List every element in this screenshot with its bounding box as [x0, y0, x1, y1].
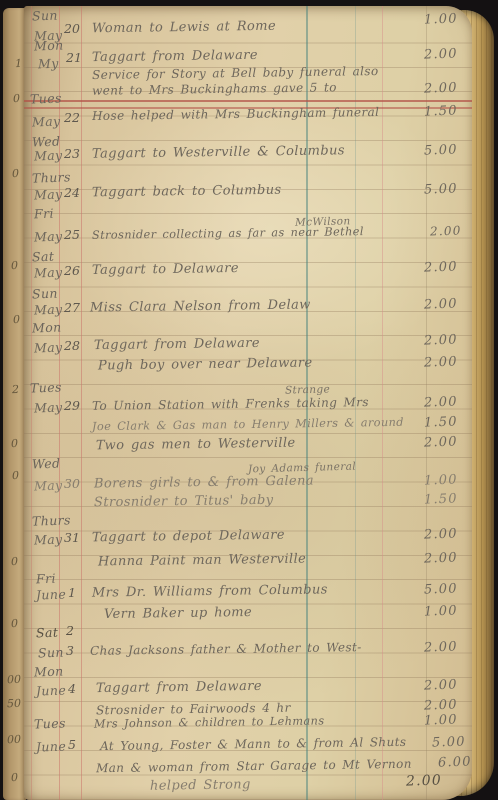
amount: 1.00	[424, 12, 458, 26]
amount: 2.00	[424, 551, 458, 565]
entry-text: Miss Clara Nelson from Delaw	[90, 298, 311, 314]
entry-text: Taggart from Delaware	[92, 49, 258, 64]
vertical-rule-pink	[382, 6, 383, 800]
amount: 6.00	[438, 755, 472, 769]
amount: 2.00	[430, 224, 462, 237]
month-label: May	[34, 150, 63, 163]
entry-text: Taggart back to Columbus	[92, 184, 282, 200]
date-number: 31	[64, 532, 80, 545]
amount: 5.00	[432, 735, 466, 749]
amount: 1.00	[424, 604, 458, 618]
entry-text: Two gas men to Westerville	[96, 437, 296, 453]
month-label: My	[38, 58, 59, 71]
edge-digit: 0	[11, 438, 18, 449]
amount: 5.00	[424, 182, 458, 196]
amount: 2.00	[406, 773, 442, 788]
entry-text: Taggart to Westerville & Columbus	[92, 144, 345, 161]
month-label: June	[36, 588, 67, 602]
day-label: Thurs	[32, 514, 71, 528]
entry-text: Pugh boy over near Delaware	[98, 357, 313, 373]
edge-digit: 0	[13, 314, 20, 325]
entry-text: Strosnider to Fairwoods 4 hr	[96, 702, 291, 717]
previous-page-edge: 1 0 0 0 0 2 0 0 0 0 00 50 00 0	[3, 8, 26, 800]
edge-digit: 50	[7, 698, 21, 709]
month-label: May	[34, 480, 63, 493]
date-number: 3	[66, 645, 74, 658]
edge-digit: 0	[12, 168, 19, 179]
amount: 1.50	[424, 415, 458, 429]
inserted-note: Strange	[285, 384, 330, 396]
entry-text: Taggart from Delaware	[94, 337, 260, 352]
day-label: Sat	[36, 627, 59, 640]
amount: 2.00	[424, 355, 458, 369]
date-number: 21	[66, 52, 82, 65]
amount: 2.00	[424, 527, 458, 541]
day-label: Sun	[32, 10, 58, 23]
entry-text: helped Strong	[150, 778, 251, 792]
entry-text: went to Mrs Buckinghams gave 5 to	[92, 81, 337, 96]
ledger-page: Sun May 20 Woman to Lewis at Rome 1.00 M…	[24, 6, 472, 800]
edge-digit: 2	[12, 384, 19, 395]
vertical-rule-date-right	[81, 6, 82, 800]
day-label: Thurs	[32, 171, 71, 185]
month-label: May	[34, 534, 63, 547]
day-label: Mon	[34, 39, 64, 53]
ledger-photo: { "ledger": { "edge_digits": ["1","0","0…	[0, 0, 498, 800]
amount: 5.00	[424, 582, 458, 596]
month-label: May	[34, 402, 63, 415]
day-label: Wed	[32, 458, 61, 471]
date-number: 30	[64, 478, 80, 491]
entry-text: Service for Story at Bell baby funeral a…	[92, 65, 379, 81]
entry-text: To Union Station with Frenks taking Mrs	[92, 396, 369, 412]
amount: 2.00	[424, 395, 458, 409]
date-number: 23	[64, 148, 80, 161]
month-label: May	[34, 231, 63, 244]
day-label: Mon	[34, 665, 64, 679]
date-number: 5	[68, 739, 76, 752]
entry-text: Vern Baker up home	[104, 606, 252, 621]
amount: 1.50	[424, 104, 458, 118]
date-number: 27	[64, 302, 80, 315]
amount: 2.00	[424, 435, 458, 449]
month-label: May	[34, 304, 63, 317]
entry-text: Chas Jacksons father & Mother to West-	[90, 641, 362, 657]
month-label: June	[36, 740, 67, 754]
entry-text: Woman to Lewis at Rome	[92, 20, 276, 36]
entry-text: Mrs Johnson & children to Lehmans	[94, 715, 325, 730]
day-label: Sat	[32, 251, 55, 264]
entry-text: Mrs Dr. Williams from Columbus	[92, 583, 328, 599]
amount: 1.00	[424, 473, 458, 487]
month-label: May	[34, 267, 63, 280]
entry-text: Taggart to Delaware	[92, 262, 239, 277]
amount: 2.00	[424, 47, 458, 61]
amount: 5.00	[424, 143, 458, 157]
day-label: Tues	[34, 717, 66, 731]
amount: 2.00	[424, 260, 458, 274]
month-label: May	[32, 116, 61, 129]
day-label: Fri	[34, 208, 54, 221]
date-number: 29	[64, 400, 80, 413]
edge-digit: 0	[11, 618, 18, 629]
entry-text: Taggart to depot Delaware	[92, 529, 285, 545]
amount: 1.00	[424, 713, 458, 727]
amount: 1.50	[424, 492, 458, 506]
date-number: 24	[64, 187, 80, 200]
amount: 2.00	[424, 297, 458, 311]
day-label: Tues	[30, 381, 62, 395]
month-label: May	[34, 342, 63, 355]
edge-digit: 1	[15, 58, 22, 69]
date-number: 25	[64, 229, 80, 242]
edge-digit: 0	[13, 93, 20, 104]
date-number: 1	[68, 587, 76, 600]
day-label: Sun	[32, 288, 58, 301]
edge-digit: 00	[7, 674, 21, 685]
edge-digit: 00	[7, 734, 21, 745]
date-number: 20	[64, 23, 80, 36]
entry-text: Strosnider to Titus' baby	[94, 494, 274, 510]
edge-digit: 0	[11, 556, 18, 567]
amount: 2.00	[424, 698, 458, 712]
entry-text: Hose helped with Mrs Buckingham funeral	[92, 106, 380, 122]
day-label: Fri	[36, 573, 56, 586]
edge-digit: 0	[12, 470, 19, 481]
date-number: 28	[64, 340, 80, 353]
day-label: Mon	[32, 321, 62, 335]
month-label: May	[34, 189, 63, 202]
day-label: Tues	[30, 92, 62, 106]
entry-text: Borens girls to & from Galena	[94, 474, 314, 490]
date-number: 2	[66, 625, 74, 638]
date-number: 22	[64, 112, 80, 125]
date-number: 26	[64, 265, 80, 278]
date-number: 4	[68, 683, 76, 696]
edge-digit: 0	[11, 260, 18, 271]
entry-text: Taggart from Delaware	[96, 680, 262, 695]
month-label: June	[36, 684, 67, 698]
amount: 2.00	[424, 678, 458, 692]
day-label: Sun	[38, 647, 64, 660]
edge-digit: 0	[11, 772, 18, 783]
amount: 2.00	[424, 333, 458, 347]
amount: 2.00	[424, 81, 458, 95]
amount: 2.00	[424, 640, 458, 654]
entry-text: Hanna Paint man Westerville	[98, 553, 306, 569]
